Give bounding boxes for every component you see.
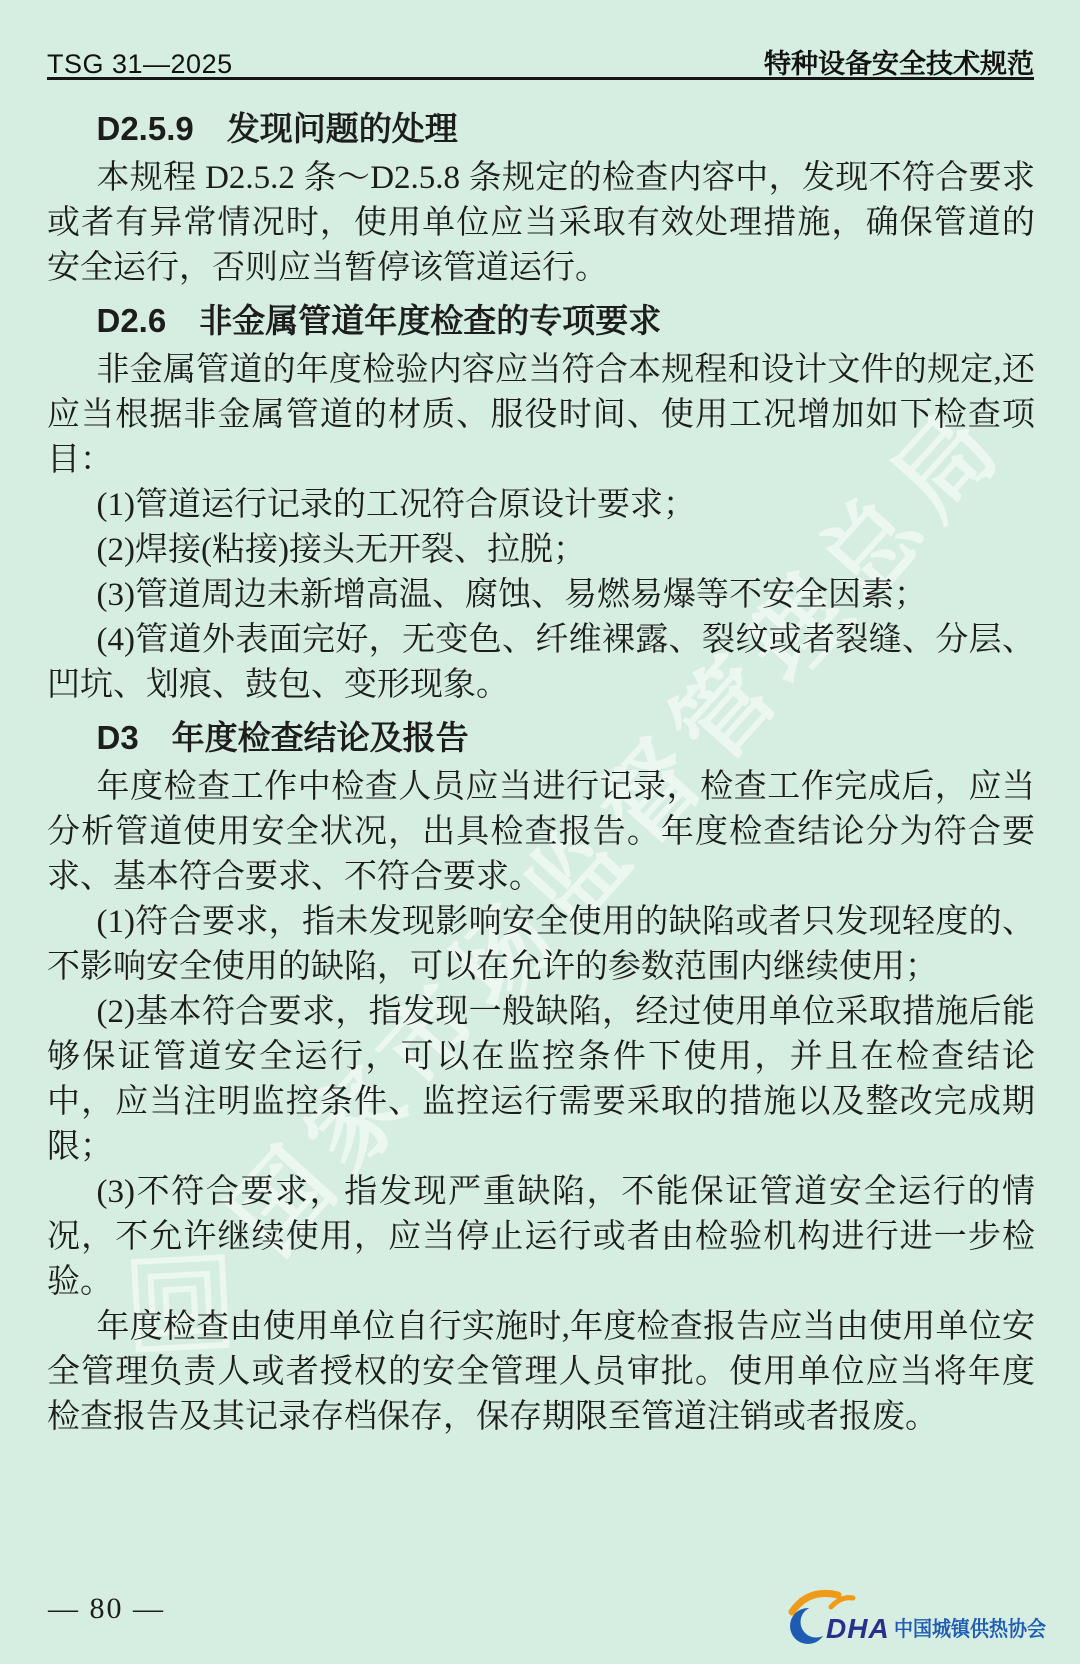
list-item: (3)不符合要求，指发现严重缺陷，不能保证管道安全运行的情况，不允许继续使用，应… xyxy=(47,1170,1035,1305)
logo-abbr: DHA xyxy=(826,1613,890,1644)
spec-title: 特种设备安全技术规范 xyxy=(764,42,1034,81)
paragraph: 非金属管道的年度检验内容应当符合本规程和设计文件的规定,还应当根据非金属管道的材… xyxy=(47,348,1035,483)
list-item: (4)管道外表面完好，无变色、纤维裸露、裂纹或者裂缝、分层、凹坑、划痕、鼓包、变… xyxy=(47,618,1035,708)
list-item: (2)基本符合要求，指发现一般缺陷，经过使用单位采取措施后能够保证管道安全运行，… xyxy=(47,990,1035,1170)
list-item: (1)管道运行记录的工况符合原设计要求； xyxy=(47,483,1035,528)
paragraph: 本规程 D2.5.2 条～D2.5.8 条规定的检查内容中，发现不符合要求或者有… xyxy=(47,156,1035,291)
logo-arc-icon xyxy=(831,1598,853,1607)
header-rule xyxy=(47,77,1034,80)
logo-name: 中国城镇供热协会 xyxy=(894,1617,1046,1641)
section-heading: D2.5.9 发现问题的处理 xyxy=(47,106,1035,151)
paragraph: 年度检查由使用单位自行实施时,年度检查报告应当由使用单位安全管理负责人或者授权的… xyxy=(47,1305,1035,1440)
paragraph: 年度检查工作中检查人员应当进行记录，检查工作完成后，应当分析管道使用安全状况，出… xyxy=(47,765,1035,900)
page-number: — 80 — xyxy=(48,1592,165,1626)
document-page: TSG 31—2025 特种设备安全技术规范 国家市场监督管理总局 D2.5.9… xyxy=(0,0,1080,1664)
association-logo: DHA 中国城镇供热协会 xyxy=(786,1586,1050,1650)
list-item: (3)管道周边未新增高温、腐蚀、易燃易爆等不安全因素； xyxy=(47,573,1035,618)
document-body: D2.5.9 发现问题的处理 本规程 D2.5.2 条～D2.5.8 条规定的检… xyxy=(47,99,1035,1440)
section-heading: D2.6 非金属管道年度检查的专项要求 xyxy=(47,298,1035,343)
doc-number: TSG 31—2025 xyxy=(47,49,233,80)
page-header: TSG 31—2025 特种设备安全技术规范 xyxy=(47,42,1034,81)
section-heading: D3 年度检查结论及报告 xyxy=(47,715,1035,760)
list-item: (1)符合要求，指未发现影响安全使用的缺陷或者只发现轻度的、不影响安全使用的缺陷… xyxy=(47,900,1035,990)
list-item: (2)焊接(粘接)接头无开裂、拉脱； xyxy=(47,528,1035,573)
